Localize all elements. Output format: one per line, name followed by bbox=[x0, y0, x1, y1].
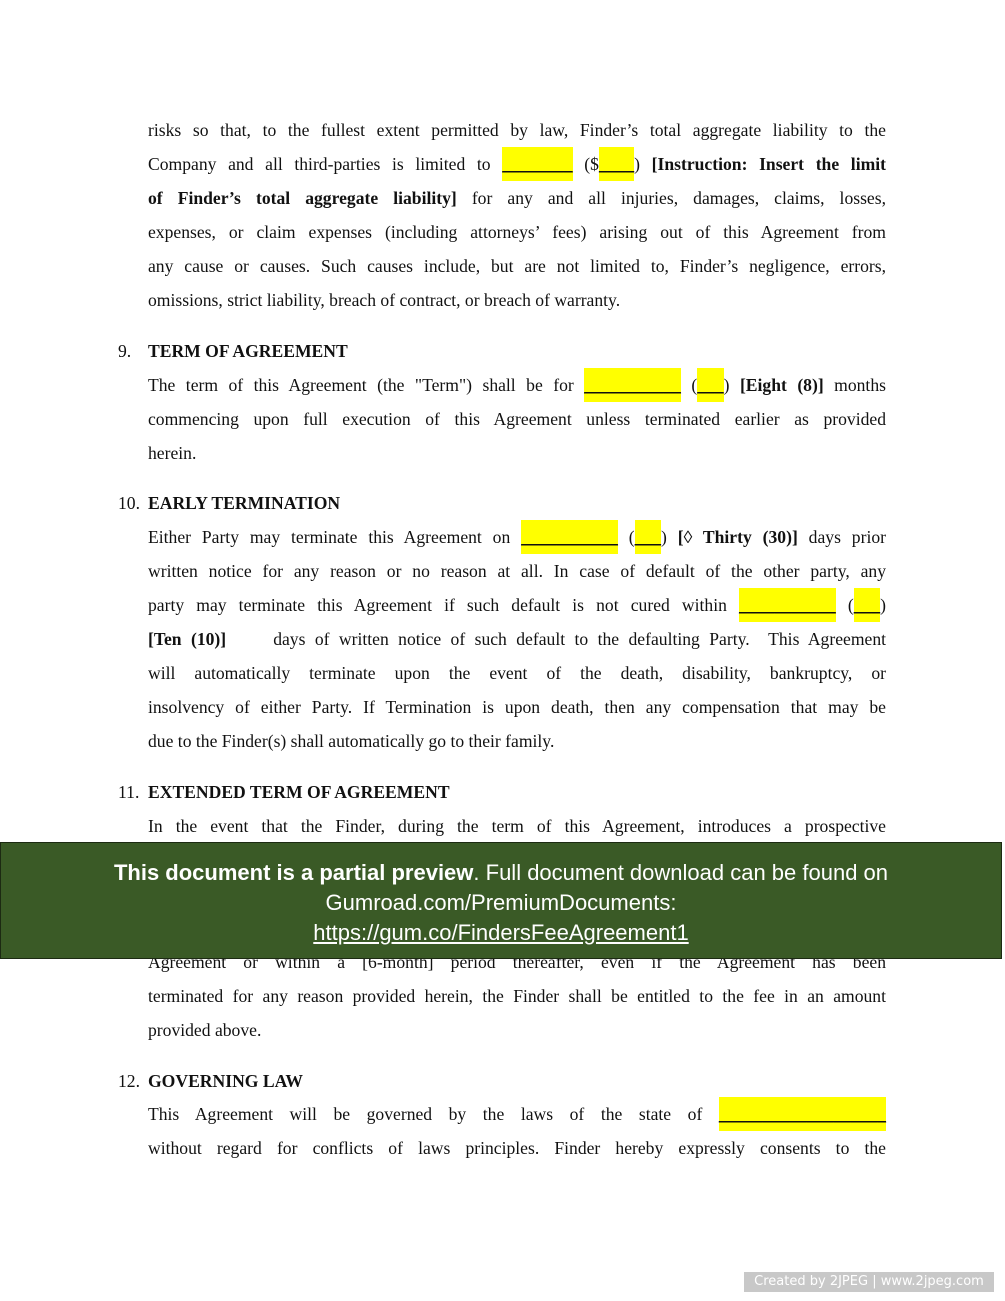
text-segment: ( bbox=[681, 375, 697, 395]
text-line: The term of this Agreement (the "Term") … bbox=[148, 368, 886, 402]
section-10-heading: 10.EARLY TERMINATION bbox=[118, 491, 340, 515]
text-line: due to the Finder(s) shall automatically… bbox=[148, 724, 886, 758]
term-months-words-field[interactable]: ___________ bbox=[584, 368, 681, 402]
text-line: of Finder’s total aggregate liability] f… bbox=[148, 181, 886, 215]
section-title: EARLY TERMINATION bbox=[148, 493, 340, 513]
banner-line-2: Gumroad.com/PremiumDocuments: bbox=[1, 888, 1001, 918]
banner-text: . Full document download can be found on bbox=[473, 860, 888, 885]
text-segment: days prior bbox=[798, 527, 886, 547]
text-segment: party may terminate this Agreement if su… bbox=[148, 595, 739, 615]
section-11-heading: 11.EXTENDED TERM OF AGREEMENT bbox=[118, 780, 450, 804]
section-10-paragraph: Either Party may terminate this Agreemen… bbox=[148, 520, 886, 758]
section-9-heading: 9.TERM OF AGREEMENT bbox=[118, 339, 348, 363]
text-segment: ) bbox=[634, 154, 652, 174]
banner-line-1: This document is a partial preview. Full… bbox=[1, 858, 1001, 888]
partial-preview-banner: This document is a partial preview. Full… bbox=[0, 842, 1002, 959]
text-line: will automatically terminate upon the ev… bbox=[148, 656, 886, 690]
governing-state-field[interactable]: ___________________ bbox=[719, 1097, 886, 1131]
text-segment: ) bbox=[880, 595, 886, 615]
section-number: 9. bbox=[118, 339, 148, 363]
text-segment: months bbox=[824, 375, 886, 395]
section-number: 10. bbox=[118, 491, 148, 515]
section-8-liability-paragraph: risks so that, to the fullest extent per… bbox=[148, 113, 886, 317]
text-line: any cause or causes. Such causes include… bbox=[148, 249, 886, 283]
text-segment: ( bbox=[836, 595, 854, 615]
watermark: Created by 2JPEG | www.2jpeg.com bbox=[744, 1272, 994, 1292]
text-line: provided above. bbox=[148, 1013, 886, 1047]
text-line: terminated for any reason provided herei… bbox=[148, 979, 886, 1013]
section-number: 12. bbox=[118, 1069, 148, 1093]
notice-days-number-field[interactable]: ___ bbox=[635, 520, 661, 554]
text-line: Company and all third-parties is limited… bbox=[148, 147, 886, 181]
notice-days-words-field[interactable]: ___________ bbox=[521, 520, 618, 554]
download-link[interactable]: https://gum.co/FindersFeeAgreement1 bbox=[313, 920, 688, 945]
liability-limit-words-field[interactable]: ________ bbox=[502, 147, 572, 181]
section-title: EXTENDED TERM OF AGREEMENT bbox=[148, 782, 450, 802]
text-line: expenses, or claim expenses (including a… bbox=[148, 215, 886, 249]
text-line: omissions, strict liability, breach of c… bbox=[148, 283, 886, 317]
section-11-paragraph-start: In the event that the Finder, during the… bbox=[148, 809, 886, 843]
banner-line-3: https://gum.co/FindersFeeAgreement1 bbox=[1, 918, 1001, 948]
default-value-text: [Ten (10)] bbox=[148, 629, 226, 649]
text-segment: days of written notice of such default t… bbox=[226, 629, 886, 649]
text-segment: The term of this Agreement (the "Term") … bbox=[148, 375, 584, 395]
text-segment: This Agreement will be governed by the l… bbox=[148, 1104, 719, 1124]
section-12-paragraph: This Agreement will be governed by the l… bbox=[148, 1097, 886, 1165]
cure-days-words-field[interactable]: ___________ bbox=[739, 588, 836, 622]
text-segment: for any and all injuries, damages, claim… bbox=[457, 188, 886, 208]
instruction-text: [Instruction: Insert the limit bbox=[652, 154, 886, 174]
section-9-paragraph: The term of this Agreement (the "Term") … bbox=[148, 368, 886, 470]
text-segment: ($ bbox=[573, 154, 599, 174]
text-segment: Either Party may terminate this Agreemen… bbox=[148, 527, 521, 547]
section-11-paragraph-end: Agreement or within a [6-month] period t… bbox=[148, 945, 886, 1047]
banner-bold-text: This document is a partial preview bbox=[114, 860, 473, 885]
cure-days-number-field[interactable]: ___ bbox=[854, 588, 880, 622]
text-segment: ) bbox=[661, 527, 678, 547]
section-title: GOVERNING LAW bbox=[148, 1071, 303, 1091]
default-value-text: [Eight (8)] bbox=[740, 375, 824, 395]
section-title: TERM OF AGREEMENT bbox=[148, 341, 348, 361]
term-months-number-field[interactable]: ___ bbox=[697, 368, 723, 402]
section-12-heading: 12.GOVERNING LAW bbox=[118, 1069, 303, 1093]
text-line: Either Party may terminate this Agreemen… bbox=[148, 520, 886, 554]
text-line: In the event that the Finder, during the… bbox=[148, 809, 886, 843]
liability-limit-amount-field[interactable]: ____ bbox=[599, 147, 634, 181]
text-line: commencing upon full execution of this A… bbox=[148, 402, 886, 436]
instruction-text: of Finder’s total aggregate liability] bbox=[148, 188, 457, 208]
text-line: insolvency of either Party. If Terminati… bbox=[148, 690, 886, 724]
text-line: written notice for any reason or no reas… bbox=[148, 554, 886, 588]
text-segment: ( bbox=[618, 527, 635, 547]
text-line: [Ten (10)] days of written notice of suc… bbox=[148, 622, 886, 656]
text-line: This Agreement will be governed by the l… bbox=[148, 1097, 886, 1131]
text-line: herein. bbox=[148, 436, 886, 470]
default-value-text: [◊ Thirty (30)] bbox=[678, 527, 798, 547]
document-page: risks so that, to the fullest extent per… bbox=[0, 0, 1005, 1301]
text-line: risks so that, to the fullest extent per… bbox=[148, 113, 886, 147]
text-line: without regard for conflicts of laws pri… bbox=[148, 1131, 886, 1165]
text-segment: ) bbox=[724, 375, 740, 395]
text-segment: Company and all third-parties is limited… bbox=[148, 154, 491, 174]
section-number: 11. bbox=[118, 780, 148, 804]
text-line: party may terminate this Agreement if su… bbox=[148, 588, 886, 622]
